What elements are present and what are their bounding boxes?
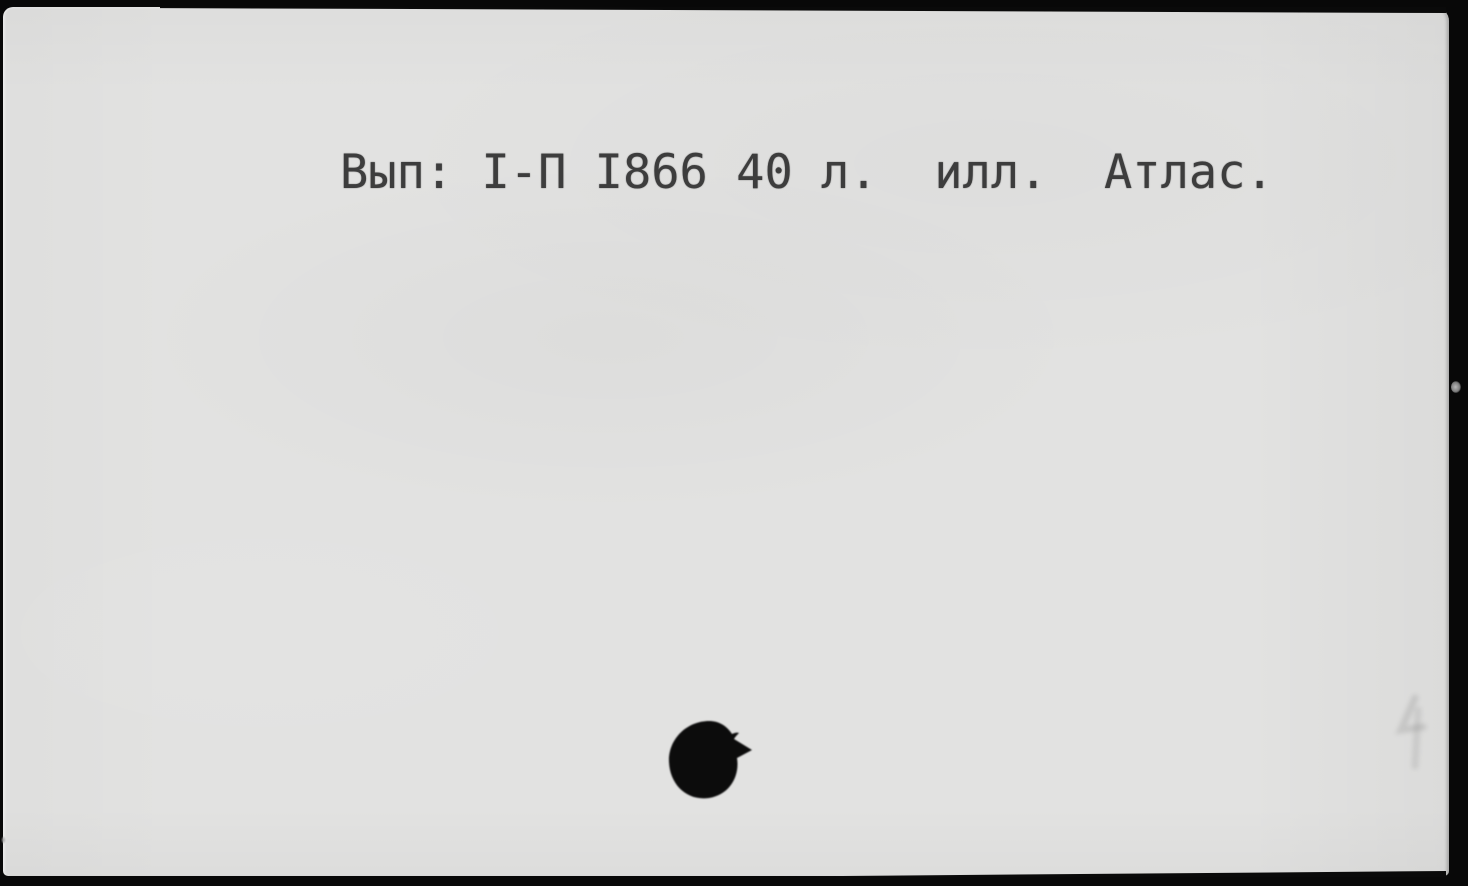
catalog-card-paper: Вып: I-П I866 40 л. илл. Атлас.	[3, 7, 1449, 876]
faint-smudge-mark	[1391, 692, 1437, 777]
edge-fleck	[1451, 381, 1461, 393]
ink-blot-mark	[664, 715, 756, 807]
scanned-catalog-card-image: Вып: I-П I866 40 л. илл. Атлас.	[0, 0, 1468, 886]
typed-entry-line: Вып: I-П I866 40 л. илл. Атлас.	[340, 149, 1274, 196]
edge-fleck-left	[1, 836, 6, 844]
